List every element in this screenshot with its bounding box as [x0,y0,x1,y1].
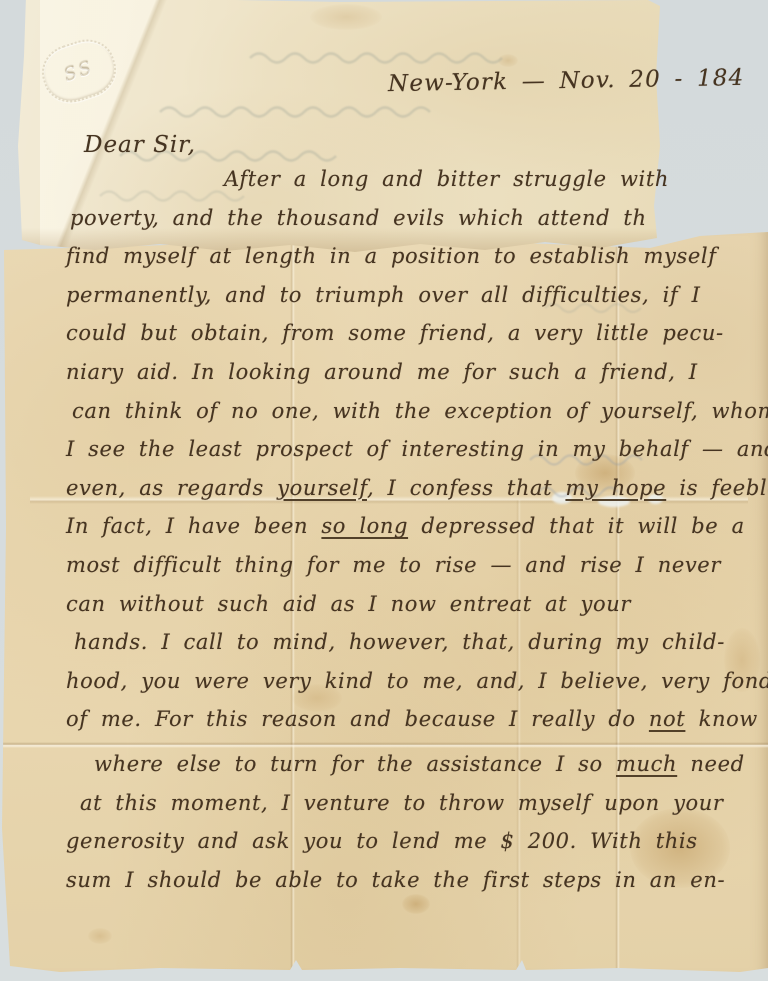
letter-line: can without such aid as I now entreat at… [66,585,766,624]
letter-line: hood, you were very kind to me, and, I b… [66,662,766,701]
letter-line: generosity and ask you to lend me $ 200.… [66,822,766,861]
letter-line: most difficult thing for me to rise — an… [66,546,766,585]
letter-line: poverty, and the thousand evils which at… [70,199,766,238]
letter-line: even, as regards yourself, I confess tha… [66,469,766,508]
letter-line: where else to turn for the assistance I … [94,745,766,784]
letter-line: hands. I call to mind, however, that, du… [74,623,766,662]
letter-line: find myself at length in a position to e… [66,237,766,276]
letter-text: New-York — Nov. 20 - 184 Dear Sir, After… [0,0,768,981]
scanned-letter: SS New-York — Nov. 20 - 184 Dear Sir, Af… [0,0,768,981]
letter-line: can think of no one, with the exception … [72,392,766,431]
letter-line: at this moment, I venture to throw mysel… [80,784,766,823]
letter-line: After a long and bitter struggle with [224,160,766,199]
letter-dateline: New-York — Nov. 20 - 184 [388,65,745,97]
letter-line: In fact, I have been so long depressed t… [66,507,766,546]
letter-body: After a long and bitter struggle withpov… [66,160,766,899]
letter-line: sum I should be able to take the first s… [66,861,766,900]
letter-line: of me. For this reason and because I rea… [66,700,766,739]
letter-line: I see the least prospect of interesting … [66,430,766,469]
letter-line: niary aid. In looking around me for such… [66,353,766,392]
letter-salutation: Dear Sir, [84,132,196,158]
letter-line: could but obtain, from some friend, a ve… [66,314,766,353]
letter-line: permanently, and to triumph over all dif… [66,276,766,315]
